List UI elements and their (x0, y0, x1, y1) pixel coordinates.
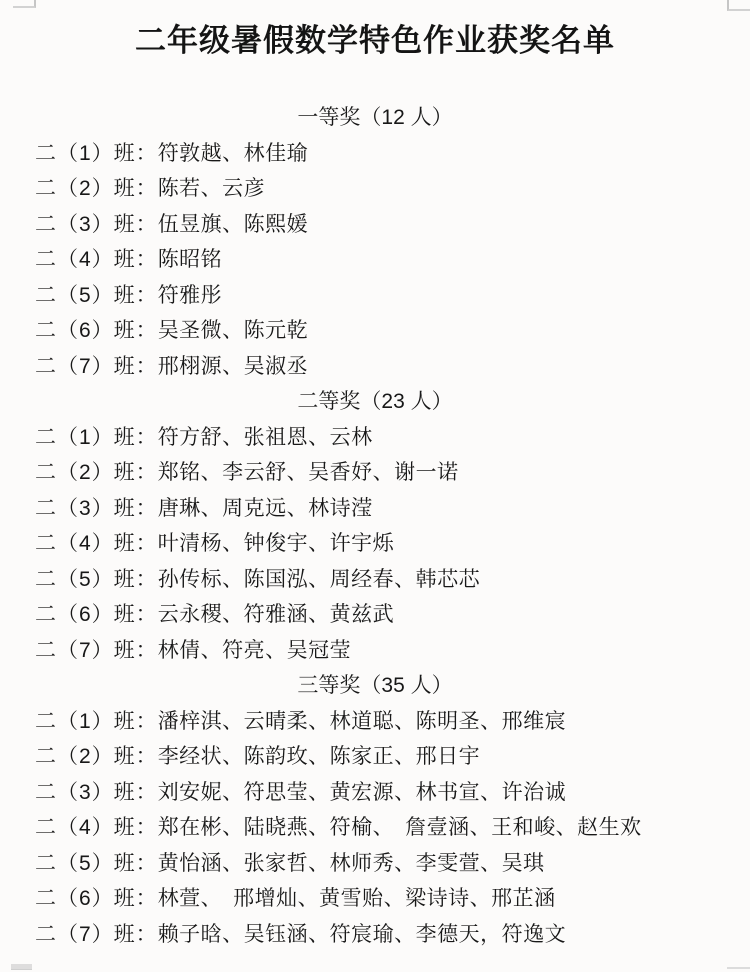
class-label: 二（6）班： (35, 603, 158, 626)
award-row: 二（6）班：林萱、 邢增灿、黄雪贻、梁诗诗、邢芷涵 (0, 881, 750, 917)
award-row: 二（6）班：云永稷、符雅涵、黄兹武 (0, 597, 750, 633)
winner-names: 唐琳、周克远、林诗滢 (158, 497, 373, 520)
award-row: 二（4）班：叶清杨、钟俊宇、许宇烁 (0, 526, 750, 562)
award-row: 二（5）班：黄怡涵、张家哲、林师秀、李雯萱、吴琪 (0, 846, 750, 882)
winner-names: 赖子晗、吴钰涵、符宸瑜、李德天，符逸文 (158, 923, 567, 946)
class-label: 二（3）班： (35, 213, 158, 236)
class-label: 二（4）班： (35, 532, 158, 555)
class-label: 二（3）班： (35, 781, 158, 804)
class-label: 二（2）班： (35, 461, 158, 484)
winner-names: 林倩、符亮、吴冠莹 (158, 639, 352, 662)
class-label: 二（7）班： (35, 639, 158, 662)
winner-names: 郑在彬、陆晓燕、符榆、 詹壹涵、王和峻、赵生欢 (158, 816, 642, 839)
winner-names: 郑铭、李云舒、吴香妤、谢一诺 (158, 461, 459, 484)
award-row: 二（2）班：郑铭、李云舒、吴香妤、谢一诺 (0, 455, 750, 491)
winner-names: 黄怡涵、张家哲、林师秀、李雯萱、吴琪 (158, 852, 545, 875)
class-label: 二（1）班： (35, 710, 158, 733)
award-row: 二（7）班：林倩、符亮、吴冠莹 (0, 633, 750, 669)
section-heading-second-prize: 二等奖（23 人） (0, 384, 750, 420)
award-row: 二（7）班：邢栩源、吴淑丞 (0, 349, 750, 385)
winner-names: 陈昭铭 (158, 248, 223, 271)
award-row: 二（1）班：符敦越、林佳瑜 (0, 136, 750, 172)
class-label: 二（4）班： (35, 248, 158, 271)
class-label: 二（7）班： (35, 355, 158, 378)
award-row: 二（2）班：李经状、陈韵玫、陈家正、邢日宇 (0, 739, 750, 775)
class-label: 二（5）班： (35, 284, 158, 307)
page-title: 二年级暑假数学特色作业获奖名单 (0, 0, 750, 60)
award-row: 二（4）班：郑在彬、陆晓燕、符榆、 詹壹涵、王和峻、赵生欢 (0, 810, 750, 846)
winner-names: 符方舒、张祖恩、云林 (158, 426, 373, 449)
class-label: 二（6）班： (35, 319, 158, 342)
award-row: 二（4）班：陈昭铭 (0, 242, 750, 278)
award-row: 二（3）班：伍昱旗、陈熙媛 (0, 207, 750, 243)
class-label: 二（3）班： (35, 497, 158, 520)
award-list-document: 二年级暑假数学特色作业获奖名单 一等奖（12 人） 二（1）班：符敦越、林佳瑜 … (0, 0, 750, 972)
winner-names: 陈若、云彦 (158, 177, 266, 200)
award-row: 二（3）班：刘安妮、符思莹、黄宏源、林书宣、许治诚 (0, 775, 750, 811)
class-label: 二（7）班： (35, 923, 158, 946)
winner-names: 云永稷、符雅涵、黄兹武 (158, 603, 395, 626)
winner-names: 符雅彤 (158, 284, 223, 307)
corner-crop-mark-top-left (13, 0, 36, 8)
winner-names: 潘梓淇、云晴柔、林道聪、陈明圣、邢维宸 (158, 710, 567, 733)
class-label: 二（6）班： (35, 887, 158, 910)
class-label: 二（2）班： (35, 177, 158, 200)
class-label: 二（2）班： (35, 745, 158, 768)
winner-names: 李经状、陈韵玫、陈家正、邢日宇 (158, 745, 481, 768)
winner-names: 叶清杨、钟俊宇、许宇烁 (158, 532, 395, 555)
award-row: 二（5）班：符雅彤 (0, 278, 750, 314)
corner-crop-mark-bottom-left (11, 964, 32, 970)
winner-names: 孙传标、陈国泓、周经春、韩芯芯 (158, 568, 481, 591)
class-label: 二（1）班： (35, 426, 158, 449)
winner-names: 符敦越、林佳瑜 (158, 142, 309, 165)
section-heading-third-prize: 三等奖（35 人） (0, 668, 750, 704)
award-row: 二（1）班：符方舒、张祖恩、云林 (0, 420, 750, 456)
award-row: 二（3）班：唐琳、周克远、林诗滢 (0, 491, 750, 527)
winner-names: 吴圣微、陈元乾 (158, 319, 309, 342)
award-row: 二（1）班：潘梓淇、云晴柔、林道聪、陈明圣、邢维宸 (0, 704, 750, 740)
winner-names: 邢栩源、吴淑丞 (158, 355, 309, 378)
award-sections: 一等奖（12 人） 二（1）班：符敦越、林佳瑜 二（2）班：陈若、云彦 二（3）… (0, 100, 750, 952)
class-label: 二（1）班： (35, 142, 158, 165)
winner-names: 刘安妮、符思莹、黄宏源、林书宣、许治诚 (158, 781, 567, 804)
class-label: 二（5）班： (35, 568, 158, 591)
section-heading-first-prize: 一等奖（12 人） (0, 100, 750, 136)
award-row: 二（2）班：陈若、云彦 (0, 171, 750, 207)
award-row: 二（6）班：吴圣微、陈元乾 (0, 313, 750, 349)
corner-crop-mark-bottom-right (727, 967, 750, 969)
winner-names: 林萱、 邢增灿、黄雪贻、梁诗诗、邢芷涵 (158, 887, 556, 910)
class-label: 二（5）班： (35, 852, 158, 875)
class-label: 二（4）班： (35, 816, 158, 839)
corner-crop-mark-top-right (727, 0, 750, 11)
award-row: 二（5）班：孙传标、陈国泓、周经春、韩芯芯 (0, 562, 750, 598)
award-row: 二（7）班：赖子晗、吴钰涵、符宸瑜、李德天，符逸文 (0, 917, 750, 953)
winner-names: 伍昱旗、陈熙媛 (158, 213, 309, 236)
